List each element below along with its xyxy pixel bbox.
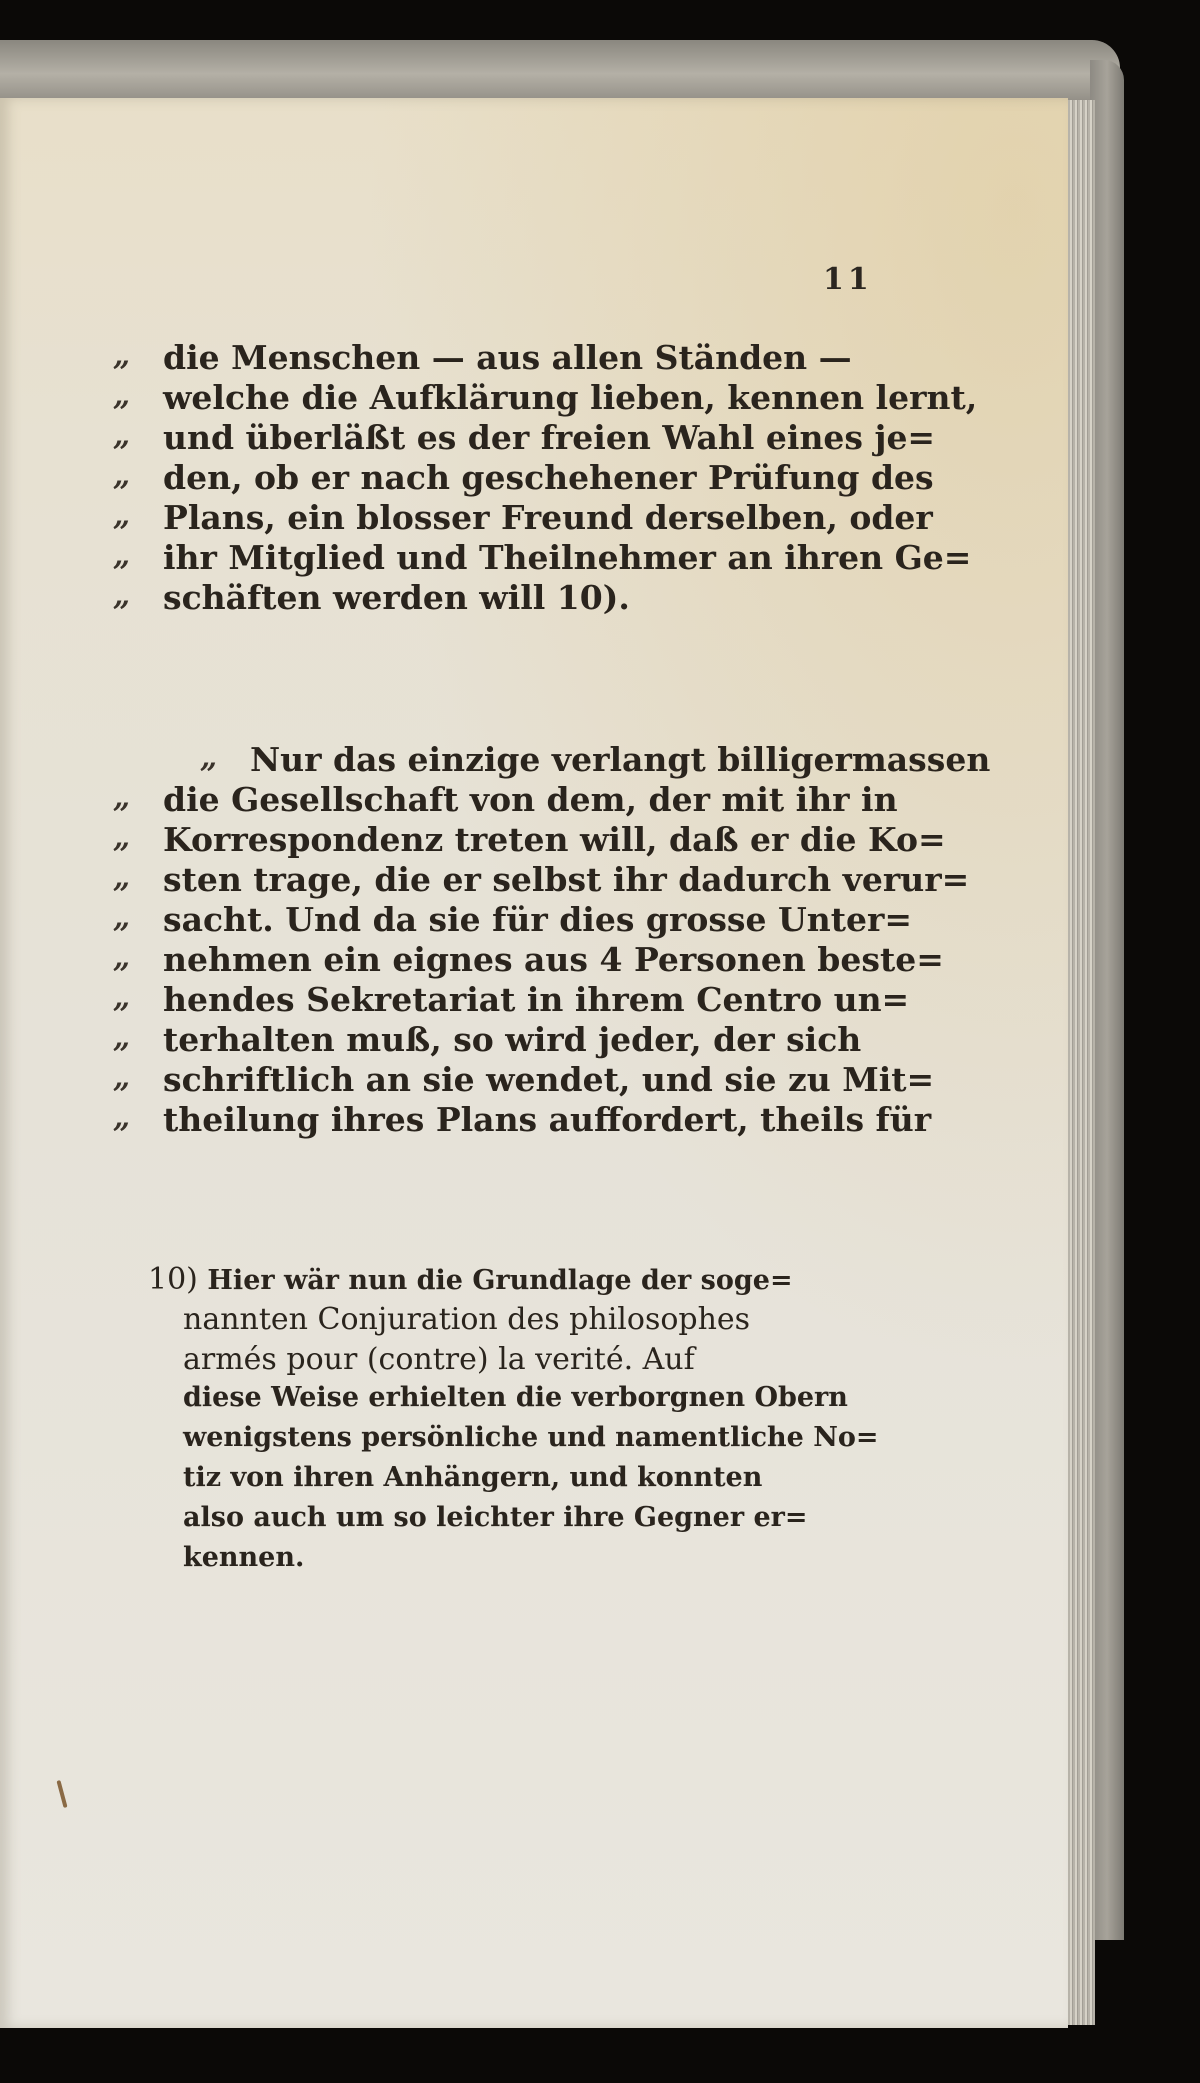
footnote-line: nannten Conjuration des philosophes [183,1302,750,1342]
quote-mark: „ [113,458,130,493]
line-text: schäften werden will 10). [163,578,630,617]
line-text: terhalten muß, so wird jeder, der sich [163,1020,861,1059]
line-text: sacht. Und da sie für dies grosse Unter= [163,900,912,939]
line-text: Nur das einzige verlangt billigermassen [250,740,990,779]
quote-mark: „ [113,578,130,613]
line-text: ihr Mitglied und Theilnehmer an ihren Ge… [163,538,971,577]
line-text: nehmen ein eignes aus 4 Personen beste= [163,940,944,979]
line-text: theilung ihres Plans auffordert, theils … [163,1100,931,1139]
footnote-text: wenigstens persönliche und namentliche N… [183,1422,879,1453]
footnote-line: armés pour (contre) la verité. Auf [183,1342,695,1382]
quote-mark: „ [113,900,130,935]
footnote-text: diese Weise erhielten die verborgnen Obe… [183,1382,848,1413]
footnote-line: also auch um so leichter ihre Gegner er= [183,1502,807,1542]
quote-mark: „ [113,780,130,815]
book-binding-right [1090,60,1124,1940]
line-text: hendes Sekretariat in ihrem Centro un= [163,980,909,1019]
footnote-line: kennen. [183,1542,304,1582]
line-text: Korrespondenz treten will, daß er die Ko… [163,820,946,859]
quote-mark: „ [113,980,130,1015]
footnote-text: also auch um so leichter ihre Gegner er= [183,1502,807,1533]
line-text: und überläßt es der freien Wahl eines je… [163,418,935,457]
line-text: den, ob er nach geschehener Prüfung des [163,458,934,497]
footnote-line: diese Weise erhielten die verborgnen Obe… [183,1382,848,1422]
quote-mark: „ [113,940,130,975]
footnote-text: armés pour (contre) la verité. Auf [183,1342,695,1377]
footnote-text: nannten Conjuration des philosophes [183,1302,750,1337]
footnote-text: tiz von ihren Anhängern, und konnten [183,1462,762,1493]
quote-mark: „ [200,740,217,775]
quote-mark: „ [113,1100,130,1135]
quote-mark: „ [113,418,130,453]
footnote-line: wenigstens persönliche und namentliche N… [183,1422,879,1462]
line-text: Plans, ein blosser Freund derselben, ode… [163,498,933,537]
line-text: welche die Aufklärung lieben, kennen ler… [163,378,977,417]
line-text: die Gesellschaft von dem, der mit ihr in [163,780,898,819]
quote-mark: „ [113,538,130,573]
quote-mark: „ [113,1020,130,1055]
line-text: die Menschen — aus allen Ständen — [163,338,852,377]
footnote-marker: 10) [148,1262,207,1297]
quote-mark: „ [113,498,130,533]
quote-mark: „ [113,338,130,373]
quote-mark: „ [113,378,130,413]
quote-mark: „ [113,860,130,895]
footnote-text: Hier wär nun die Grundlage der soge= [207,1265,792,1296]
quote-mark: „ [113,820,130,855]
quote-mark: „ [113,1060,130,1095]
page-number: 11 [823,262,873,297]
footnote-line: tiz von ihren Anhängern, und konnten [183,1462,762,1502]
line-text: schriftlich an sie wendet, und sie zu Mi… [163,1060,934,1099]
line-text: sten trage, die er selbst ihr dadurch ve… [163,860,969,899]
footnote-text: kennen. [183,1542,304,1573]
footnote-line: 10) Hier wär nun die Grundlage der soge= [148,1262,793,1302]
